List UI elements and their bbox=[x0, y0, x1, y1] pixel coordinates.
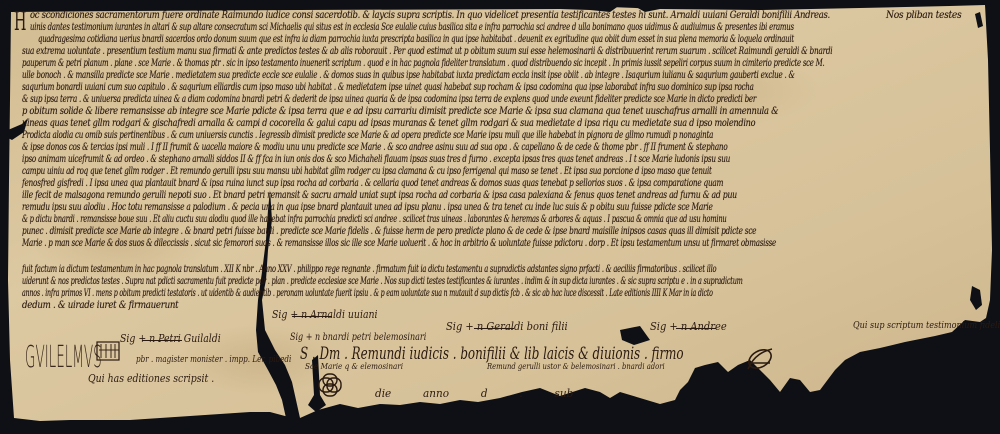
manuscript-text: H oc scondiciones sacramentorum fuere or… bbox=[0, 0, 1000, 434]
signature-bnardi: Sig + n bnardi petri belemosinari bbox=[290, 332, 426, 343]
text-line-10: uineas quas tenet gllm rodgari & gischaf… bbox=[22, 118, 755, 129]
closing-line-3: annos . infra primos VI . mens p obitum … bbox=[22, 288, 713, 299]
text-line-2: uinis dantes testimonium iurantes in alt… bbox=[30, 22, 794, 33]
text-line-9: p obitum solide & libere remansisse ab i… bbox=[22, 106, 778, 117]
closing-line-4: dedum . & uirade iuret & firmauerunt bbox=[22, 300, 178, 311]
text-line-7: saqurium bonardi uuiani cum suo capitulo… bbox=[22, 82, 754, 93]
text-line-17: remudu ipsu suu alodiu . Hoc totu remans… bbox=[22, 202, 713, 213]
signum-stroke bbox=[292, 316, 332, 317]
signature-judge: S . Dm . Remundi iudicis . bonifilii & l… bbox=[300, 344, 684, 364]
closing-line-2: uiderunt & nos predictos testes . Supra … bbox=[22, 276, 743, 287]
text-line-13: ipso animam uicefrumit & ad ordeo . & st… bbox=[22, 154, 730, 165]
knot-seal-icon bbox=[315, 372, 345, 398]
text-line-3: quadragesima cotidiana uerius bnardi sac… bbox=[38, 34, 794, 45]
note-marie: Sce Marie q & elemosinari bbox=[305, 362, 403, 372]
text-line-8: & sup ipsa terra . & uniuersa predicta u… bbox=[22, 94, 756, 105]
signature-geraldi: Sig + n Geraldi boni filii bbox=[446, 320, 568, 333]
text-line-4: sua extrema uoluntate . presentium testi… bbox=[22, 46, 832, 57]
signum-stroke bbox=[474, 328, 514, 329]
name-gvilelmvs: GVILELMVS bbox=[25, 340, 102, 375]
dating-clause: die anno d . sub bbox=[375, 387, 573, 400]
decorated-initial: H bbox=[14, 9, 26, 35]
text-line-15: fenosfred gisfredi . I ipsa unea qua pla… bbox=[22, 178, 723, 189]
text-line-19: punec . dimisit predicte sce Marie ab in… bbox=[22, 226, 756, 237]
text-line-12: & ipse donos cos & tercias ipsi muli . I… bbox=[22, 142, 727, 153]
text-line-20: Marie . p man sce Marie & dos suos & dil… bbox=[22, 238, 776, 249]
signum-stroke bbox=[142, 340, 182, 341]
witness-note: Qui sup scriptum testimonium fidelis bbox=[853, 320, 1000, 331]
text-line-5: pauperum & petri planum . plane . sce Ma… bbox=[22, 58, 824, 69]
closing-line-1: fuit factum ia dictum testamentum in hac… bbox=[22, 264, 716, 275]
signature-petri: Sig + n Petri Guilaldi bbox=[120, 332, 221, 345]
signature-arnaldi: Sig + n Arnaldi uuiani bbox=[272, 308, 378, 321]
text-line-16: ille fecit de malsagona remundo gerulli … bbox=[22, 190, 737, 201]
scribe-signature: Qui has editiones scripsit . bbox=[88, 372, 214, 385]
text-line-11: Prodicta alodia cu omib suis pertinentib… bbox=[22, 130, 713, 141]
text-line-6: ulle bonoch . & mansilla predicte sce Ma… bbox=[22, 70, 795, 81]
monogram-icon bbox=[95, 340, 125, 364]
note-remund: Remund gerulli ustor & belemosinari . bn… bbox=[487, 362, 665, 372]
text-line-1: oc scondiciones sacramentorum fuere ordi… bbox=[30, 10, 830, 21]
text-line-18: & p dictu bnardi . remansisse boue suu .… bbox=[22, 214, 727, 225]
signum-stroke bbox=[676, 328, 716, 329]
scribe-line: pbr . magister monister . impp. Ler. pib… bbox=[136, 355, 291, 365]
signature-andree: Sig + n Andree bbox=[650, 320, 727, 333]
flourish-icon bbox=[742, 345, 778, 375]
text-line-14: campu uiniu ad roq que tenet gllm rodger… bbox=[22, 166, 712, 177]
header-note: Nos pliban testes bbox=[886, 10, 961, 21]
